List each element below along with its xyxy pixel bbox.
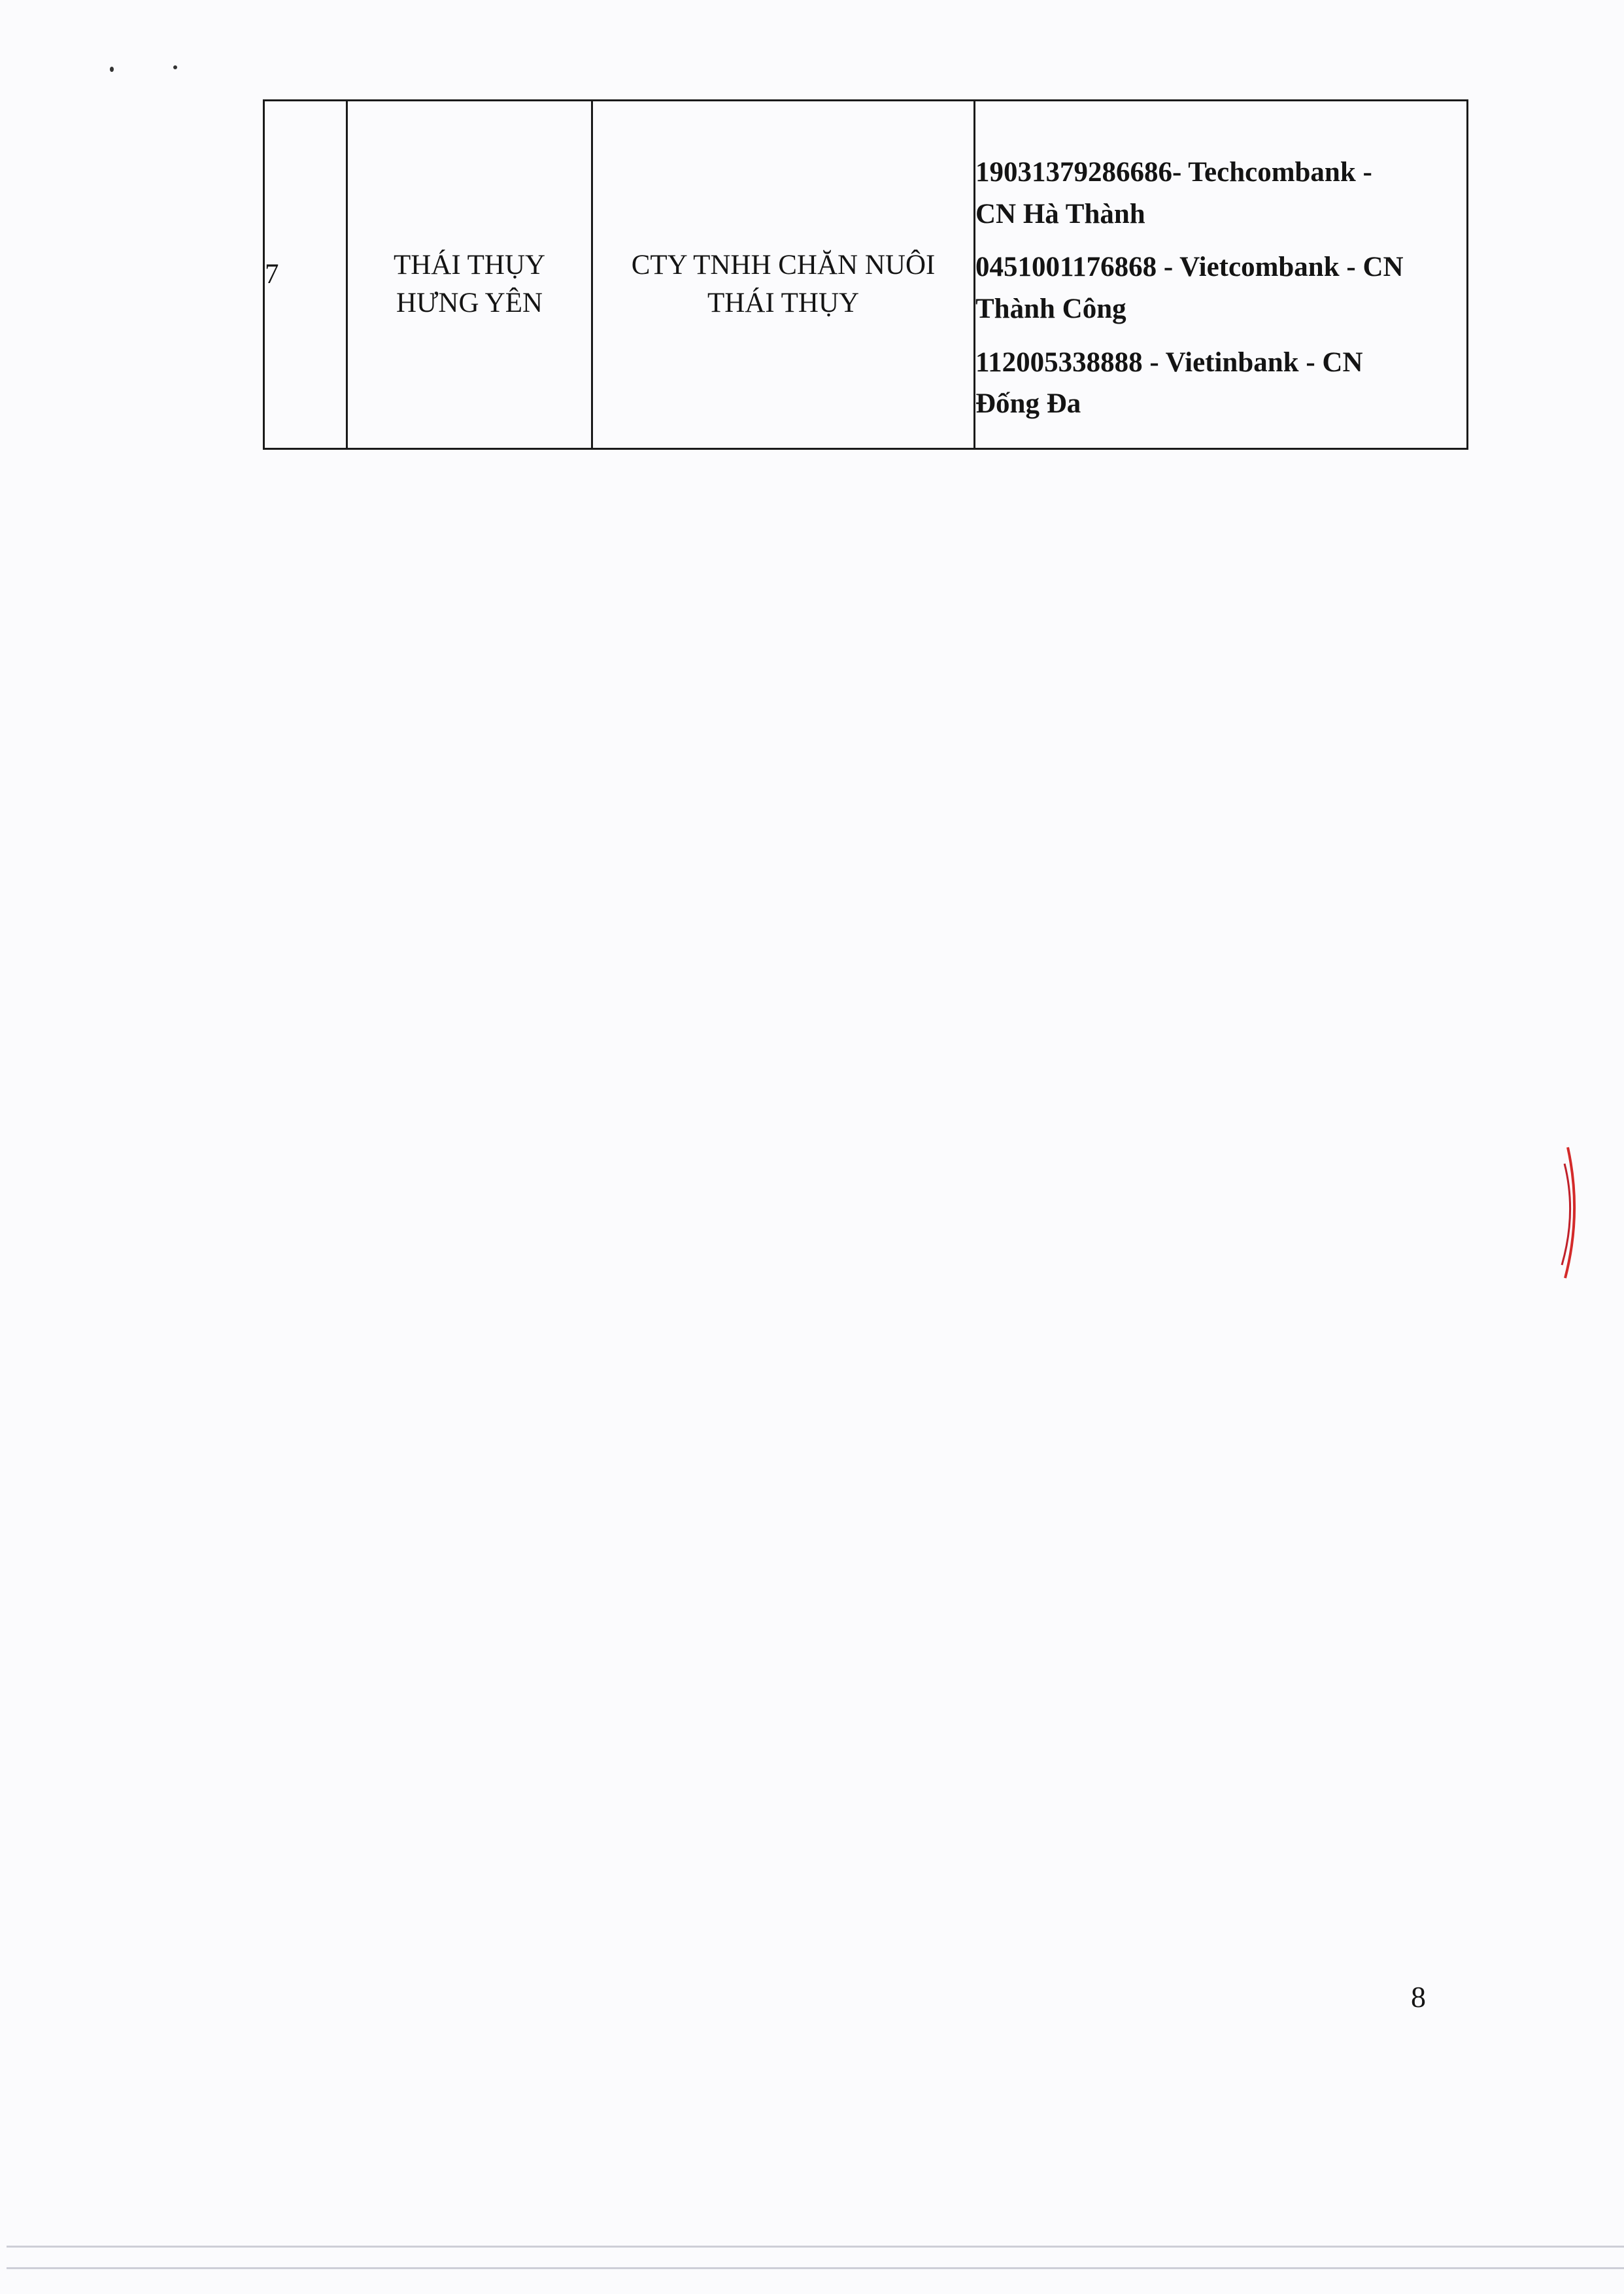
- company-cell: CTY TNHH CHĂN NUÔI THÁI THỤY: [592, 101, 975, 449]
- page-number: 8: [1411, 1980, 1426, 2014]
- region-line: THÁI THỤY: [394, 250, 545, 280]
- stamp-edge-mark: [1556, 1141, 1595, 1291]
- account-line: 19031379286686- Techcombank -: [975, 157, 1372, 188]
- bank-account-entry: 112005338888 - Vietinbank - CN Đống Đa: [975, 342, 1466, 425]
- region-cell: THÁI THỤY HƯNG YÊN: [347, 101, 592, 449]
- bank-account-entry: 0451001176868 - Vietcombank - CN Thành C…: [975, 246, 1466, 329]
- company-line: CTY TNHH CHĂN NUÔI: [632, 250, 936, 280]
- row-number-cell: 7: [264, 101, 347, 449]
- region-line: HƯNG YÊN: [396, 288, 543, 318]
- account-branch: CN Hà Thành: [975, 199, 1145, 229]
- scan-speck: [173, 65, 177, 69]
- company-name: CTY TNHH CHĂN NUÔI THÁI THỤY: [632, 246, 936, 322]
- bank-account-entry: 19031379286686- Techcombank - CN Hà Thàn…: [975, 152, 1466, 235]
- scan-artifact-lines: [0, 2223, 1624, 2262]
- account-branch: Thành Công: [975, 294, 1126, 324]
- accounts-cell: 19031379286686- Techcombank - CN Hà Thàn…: [975, 101, 1468, 449]
- scan-speck: [110, 67, 114, 72]
- account-line: 0451001176868 - Vietcombank - CN: [975, 252, 1404, 282]
- bank-account-table: 7 THÁI THỤY HƯNG YÊN CTY TNHH CHĂN NUÔI …: [263, 99, 1468, 450]
- company-line: THÁI THỤY: [707, 288, 859, 318]
- table-row: 7 THÁI THỤY HƯNG YÊN CTY TNHH CHĂN NUÔI …: [264, 101, 1468, 449]
- account-line: 112005338888 - Vietinbank - CN: [975, 347, 1363, 378]
- account-branch: Đống Đa: [975, 388, 1081, 419]
- row-number: 7: [265, 259, 279, 290]
- region-name: THÁI THỤY HƯNG YÊN: [394, 246, 545, 322]
